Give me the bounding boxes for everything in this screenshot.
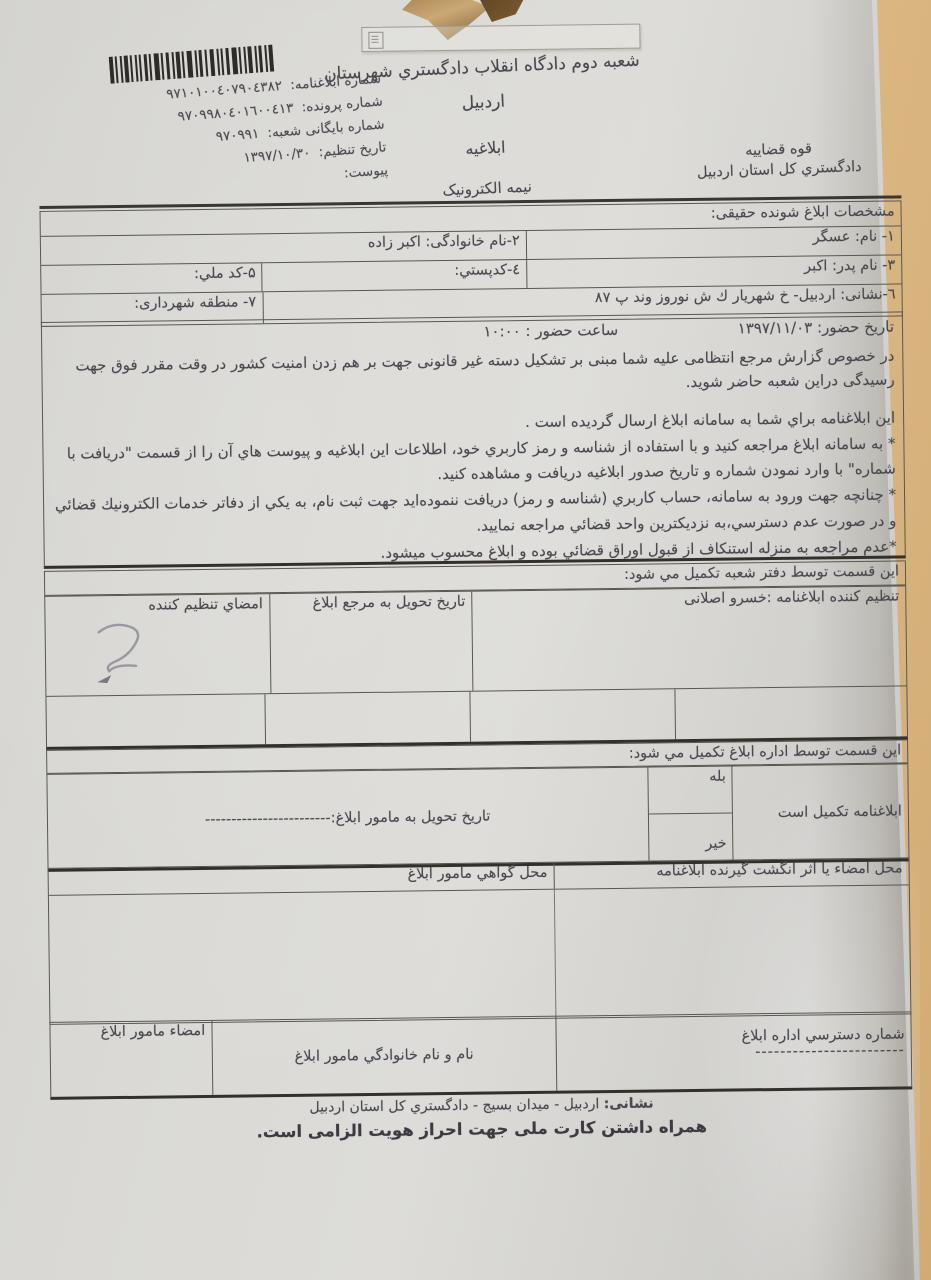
summons-text: در خصوص گزارش مرجع انتظامی علیه شما مبنی…	[52, 345, 895, 402]
hearing-time-value: ١٠:٠٠	[483, 322, 520, 340]
recipient-postal: ٤-کدپستي:	[262, 260, 527, 291]
preparer-sign-label: امضاي تنظیم کننده	[148, 596, 263, 613]
notice-complete-cell: ابلاغنامه تکمیل است	[732, 764, 909, 860]
signature-table: محل امضاء یا اثر انگشت گیرنده ابلاغنامه …	[48, 857, 912, 1025]
yes-no-cell: بله خیر	[647, 767, 733, 862]
footer: نشانی: اردبیل - میدان بسیج - دادگستري کل…	[50, 1092, 912, 1144]
officer-row: شماره دسترسي اداره ابلاغ ---------------…	[50, 1012, 911, 1097]
footer-address-value: اردبیل - میدان بسیج - دادگستري کل استان …	[309, 1096, 604, 1116]
justice-department: دادگستري کل استان اردبیل	[655, 157, 903, 182]
branch-office-row2	[46, 685, 907, 747]
recipient-sign-area	[554, 885, 911, 1017]
notify-office-table: ابلاغنامه تکمیل است بله خیر تاریخ تحویل …	[46, 763, 909, 872]
hearing-date-label: تاریخ حضور:	[817, 318, 894, 337]
notify-office-row: ابلاغنامه تکمیل است بله خیر تاریخ تحویل …	[47, 764, 908, 868]
branch-empty-cell-4	[46, 694, 265, 747]
spacer	[623, 333, 733, 334]
officer-sign-cell: امضاء مامور ابلاغ	[50, 1021, 212, 1097]
court-name-line2: اردبیل	[283, 84, 683, 121]
scanned-court-notice-photo: شماره ابلاغنامه: ٩٧١٠١٠٠٤٠٧٩٠٤٣٨٢ شماره …	[0, 0, 931, 1280]
recipient-national-id: ۵-کد ملي:	[41, 263, 262, 294]
instructions-block: این ابلاغنامه براي شما به سامانه ابلاغ ا…	[53, 405, 897, 570]
judiciary-block: قوه قضاییه دادگستري کل استان اردبیل	[654, 137, 903, 186]
branch-empty-cell-1	[674, 686, 907, 739]
officer-cert-area	[49, 890, 555, 1024]
hearing-time-label: ساعت حضور :	[525, 321, 618, 340]
footer-warning: همراه داشتن کارت ملی جهت احراز هویت الزا…	[51, 1114, 913, 1144]
delivery-date-cell: تاریخ تحویل به مرجع ابلاغ	[269, 592, 473, 693]
document-content: شماره ابلاغنامه: ٩٧١٠١٠٠٤٠٧٩٠٤٣٨٢ شماره …	[0, 0, 931, 1280]
signature-scribble	[84, 619, 175, 696]
footer-address-label: نشانی:	[604, 1096, 654, 1113]
branch-office-table: تنظیم کننده ابلاغنامه :خسرو اصلانی تاریخ…	[44, 585, 908, 750]
officer-delivery-cell: تاریخ تحویل به مامور ابلاغ:-------------…	[47, 768, 648, 869]
branch-empty-cell-2	[469, 689, 674, 741]
preparer-sign-cell: امضاي تنظیم کننده	[45, 594, 270, 696]
preparer-cell: تنظیم کننده ابلاغنامه :خسرو اصلانی	[471, 586, 906, 690]
hearing-date-value: ١٣٩٧/١١/٠٣	[738, 319, 813, 338]
top-empty-field-box	[361, 24, 640, 52]
hearing-box: تاریخ حضور: ١٣٩٧/١١/٠٣ ساعت حضور : ١٠:٠٠…	[41, 311, 906, 569]
access-number-cell: شماره دسترسي اداره ابلاغ ---------------…	[555, 1012, 911, 1090]
recipient-table: مشخصات ابلاغ شونده حقیقی: ۱- نام: عسگر ۲…	[40, 200, 903, 327]
signature-body-row	[49, 884, 911, 1023]
officer-name-cell: نام و نام خانوادگي مامور ابلاغ	[211, 1017, 556, 1095]
no-option: خیر	[649, 814, 733, 861]
branch-office-row1: تنظیم کننده ابلاغنامه :خسرو اصلانی تاریخ…	[45, 586, 906, 695]
officer-table: شماره دسترسي اداره ابلاغ ---------------…	[49, 1011, 912, 1100]
case-number-value: ٩٧٠٩٩٨٠٤٠١٦٠٠٤١٣	[177, 100, 294, 125]
yes-option: بله	[648, 767, 732, 815]
court-header: شعبه دوم دادگاه انقلاب دادگستري شهرستان …	[282, 49, 688, 206]
branch-empty-cell-3	[265, 692, 470, 744]
access-number-dashes: ------------------------	[563, 1042, 905, 1062]
archive-number-value: ٩٧٠٩٩١	[215, 126, 260, 145]
hearing-line: تاریخ حضور: ١٣٩٧/١١/٠٣ ساعت حضور : ١٠:٠٠	[52, 316, 894, 350]
document-type: ابلاغیه	[285, 130, 685, 166]
